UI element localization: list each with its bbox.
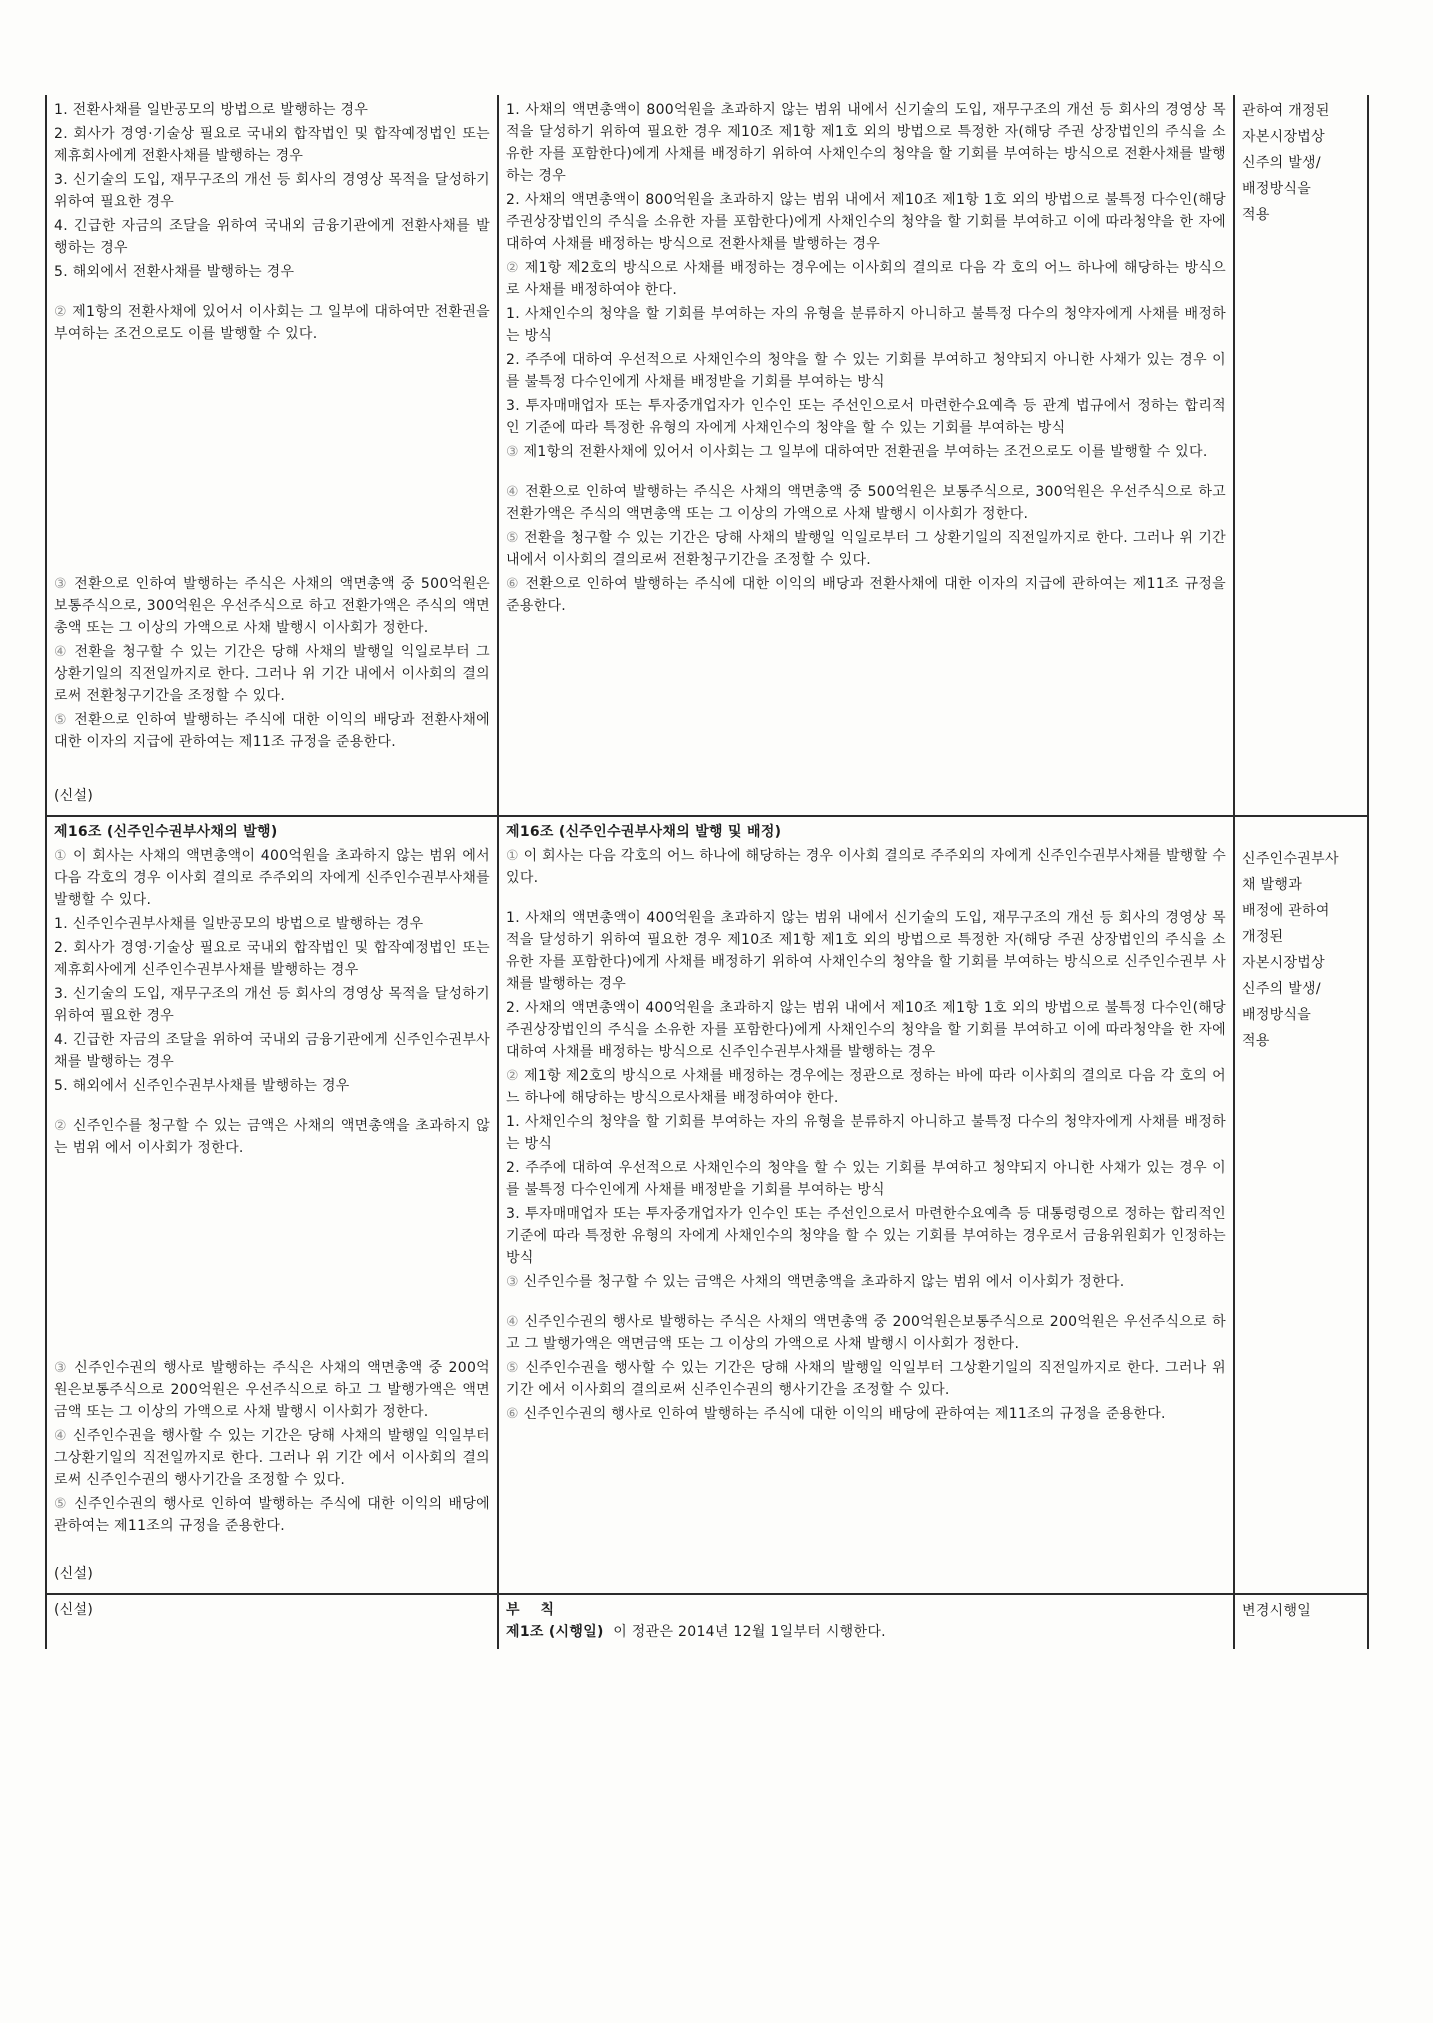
cell-addendum: 부 칙 제1조 (시행일) 이 정관은 2014년 12월 1일부터 시행한다. (499, 1593, 1235, 1649)
addendum-article: 제1조 (시행일) 이 정관은 2014년 12월 1일부터 시행한다. (506, 1621, 1226, 1643)
addendum-article-label: 제1조 (시행일) (506, 1624, 604, 1640)
cell-remark-article16: 신주인수권부사채 발행과배정에 관하여개정된자본시장법상신주의 발생/배정방식을… (1235, 815, 1369, 1593)
cell-remark-addendum: 변경시행일 (1235, 1593, 1369, 1649)
addendum-title: 부 칙 (506, 1599, 1226, 1621)
cell-amended-provision-article16: 제16조 (신주인수권부사채의 발행 및 배정)① 이 회사는 다음 각호의 어… (499, 815, 1235, 1593)
cell-current-provision-addendum: (신설) (47, 1593, 499, 1649)
cell-amended-provision-conversion-bonds: 1. 사채의 액면총액이 800억원을 초과하지 않는 범위 내에서 신기술의 … (499, 95, 1235, 815)
cell-current-provision-article16: 제16조 (신주인수권부사채의 발행)① 이 회사는 사채의 액면총액이 400… (47, 815, 499, 1593)
addendum-article-text: 이 정관은 2014년 12월 1일부터 시행한다. (604, 1624, 886, 1640)
cell-remark-conversion-bonds: 관하여 개정된자본시장법상신주의 발생/배정방식을적용 (1235, 95, 1369, 815)
scanned-document-page: 1. 전환사채를 일반공모의 방법으로 발행하는 경우2. 회사가 경영·기술상… (0, 0, 1433, 2023)
articles-comparison-table: 1. 전환사채를 일반공모의 방법으로 발행하는 경우2. 회사가 경영·기술상… (45, 95, 1369, 1649)
cell-current-provision-conversion-bonds: 1. 전환사채를 일반공모의 방법으로 발행하는 경우2. 회사가 경영·기술상… (47, 95, 499, 815)
